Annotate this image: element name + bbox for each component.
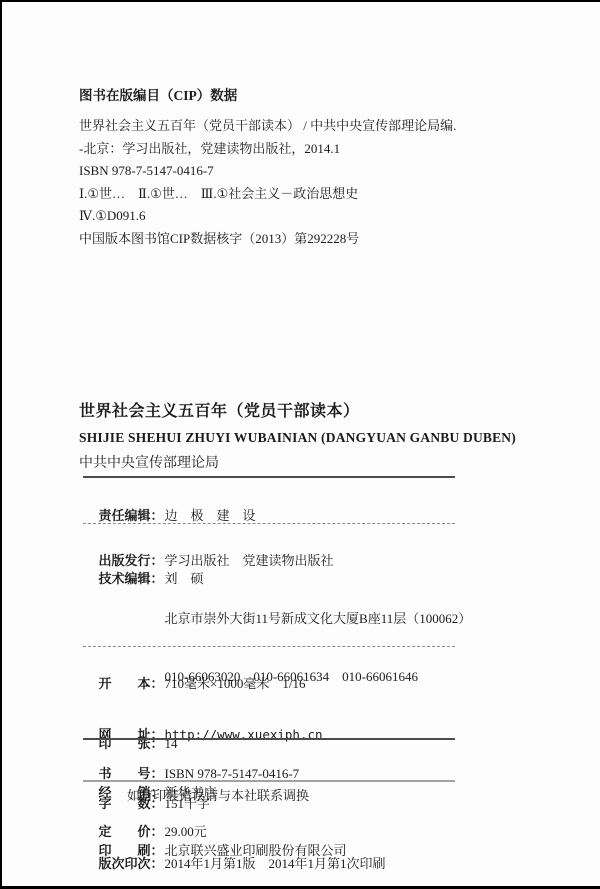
cip-publisher-line: -北京：学习出版社，党建读物出版社，2014.1 — [79, 138, 479, 161]
title-block: 世界社会主义五百年（党员干部读本） SHIJIE SHEHUI ZHUYI WU… — [79, 400, 479, 474]
cip-classification-line: Ⅰ.①世… Ⅱ.①世… Ⅲ.①社会主义－政治思想史 — [79, 183, 479, 206]
publisher-address-row: 北京市崇外大街11号新成文化大厦B座11层（100062） — [79, 590, 519, 648]
price-value: 29.00元 — [165, 824, 207, 839]
romanized-title: SHIJIE SHEHUI ZHUYI WUBAINIAN (DANGYUAN … — [79, 429, 479, 447]
publisher-label: 出版发行： — [99, 551, 165, 570]
divider-printing — [83, 738, 455, 740]
price-label: 定 价： — [99, 822, 165, 842]
cip-isbn-line: ISBN 978-7-5147-0416-7 — [79, 160, 479, 183]
publisher-address: 北京市崇外大街11号新成文化大厦B座11层（100062） — [165, 611, 472, 626]
publisher-row: 出版发行：学习出版社 党建读物出版社 — [79, 532, 519, 590]
format-value: 710毫米×1000毫米 1/16 — [165, 676, 306, 691]
cip-record-number-line: 中国版本图书馆CIP数据核字（2013）第292228号 — [79, 228, 479, 251]
divider-publication — [83, 646, 455, 647]
format-label: 开 本： — [99, 674, 165, 694]
cip-heading: 图书在版编目（CIP）数据 — [79, 86, 479, 106]
publisher-names: 学习出版社 党建读物出版社 — [165, 553, 334, 568]
price-row: 定 价：29.00元 — [79, 803, 519, 862]
divider-editors — [83, 523, 455, 524]
format-row: 开 本：710毫米×1000毫米 1/16 — [79, 654, 519, 714]
scan-edge-top — [0, 0, 600, 2]
divider-title — [83, 476, 455, 478]
divider-footer — [83, 780, 455, 782]
cip-data-block: 图书在版编目（CIP）数据 世界社会主义五百年（党员干部读本） / 中共中央宣传… — [79, 86, 479, 250]
misprint-exchange-note: 如有印装错误请与本社联系调换 — [127, 787, 309, 805]
author-line: 中共中央宣传部理论局 — [79, 454, 479, 474]
cip-class-number-line: Ⅳ.①D091.6 — [79, 205, 479, 228]
scan-edge-left — [0, 0, 2, 889]
copyright-page: 图书在版编目（CIP）数据 世界社会主义五百年（党员干部读本） / 中共中央宣传… — [0, 0, 600, 889]
editor-names: 边 极 建 设 — [165, 508, 256, 523]
book-title: 世界社会主义五百年（党员干部读本） — [79, 400, 479, 424]
cip-title-statement: 世界社会主义五百年（党员干部读本） / 中共中央宣传部理论局编. — [79, 115, 479, 138]
isbn-value: ISBN 978-7-5147-0416-7 — [165, 766, 300, 781]
